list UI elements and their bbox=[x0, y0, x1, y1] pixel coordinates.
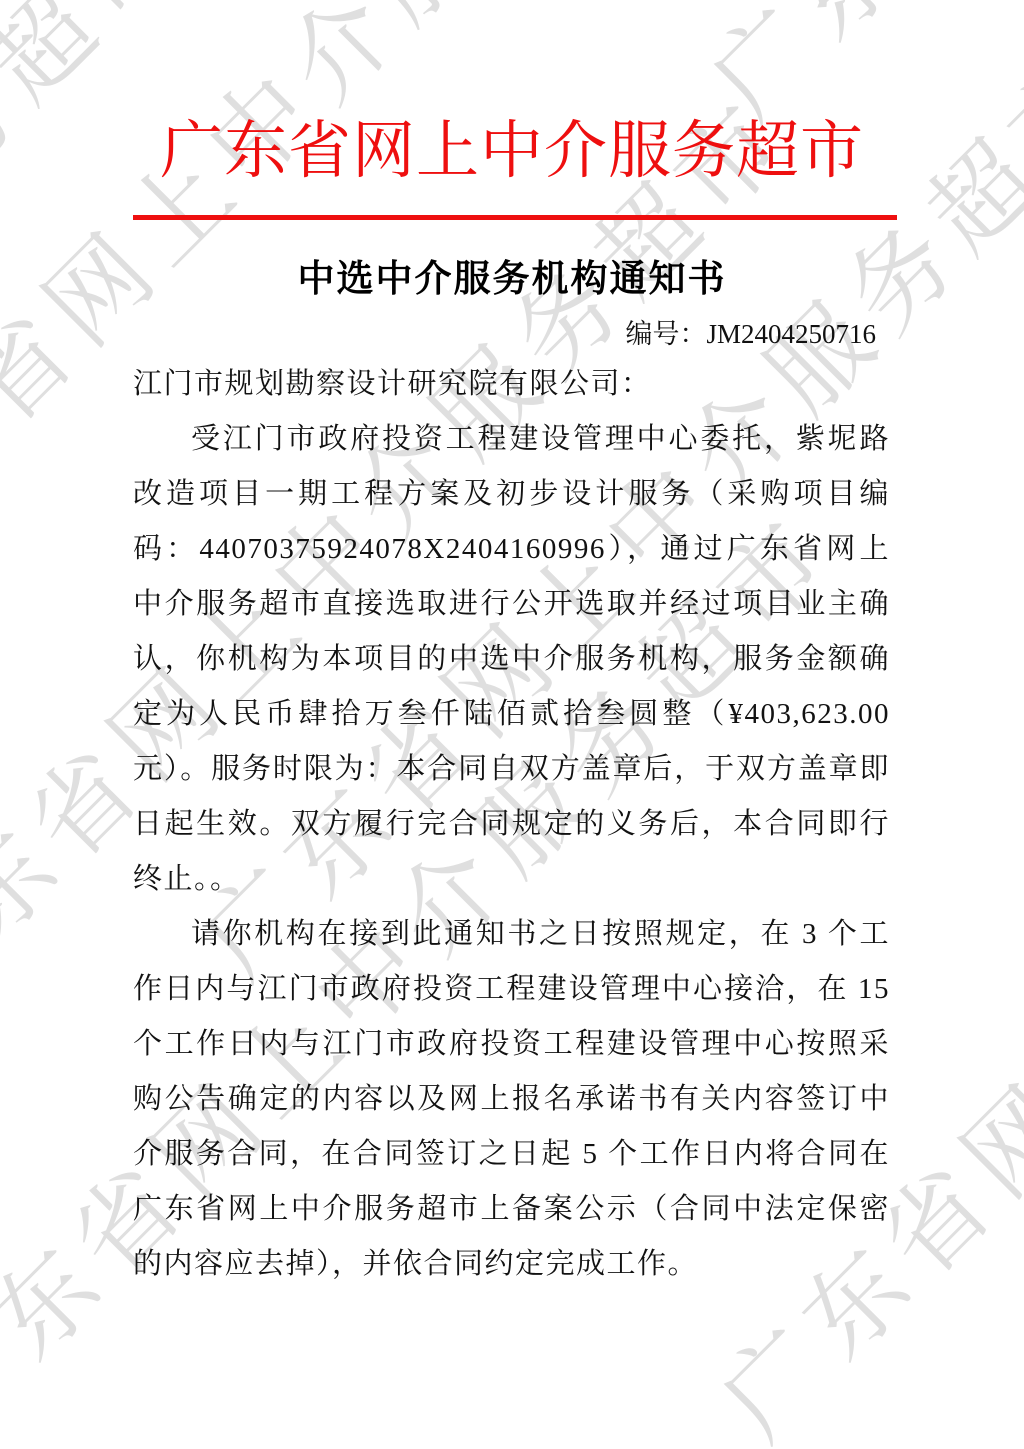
notice-title: 中选中介服务机构通知书 bbox=[0, 248, 1024, 302]
doc-number-value: JM2404250716 bbox=[706, 319, 876, 349]
document-page: 广东省网上中介服务超市 广东省网上中介服务超市 广东省网上中介服务超市 广东省网… bbox=[0, 0, 1024, 1449]
doc-number-label: 编号： bbox=[625, 319, 706, 349]
document-content: 广东省网上中介服务超市 中选中介服务机构通知书 编号：JM2404250716 … bbox=[0, 0, 1024, 1292]
brand-title: 广东省网上中介服务超市 bbox=[0, 0, 1024, 191]
body-paragraph: 请你机构在接到此通知书之日按照规定，在 3 个工作日内与江门市政府投资工程建设管… bbox=[133, 907, 890, 1292]
body-paragraph: 受江门市政府投资工程建设管理中心委托，紫坭路改造项目一期工程方案及初步设计服务（… bbox=[133, 412, 890, 907]
notice-body: 江门市规划勘察设计研究院有限公司： 受江门市政府投资工程建设管理中心委托，紫坭路… bbox=[133, 357, 890, 1292]
doc-number-line: 编号：JM2404250716 bbox=[0, 312, 1024, 351]
salutation: 江门市规划勘察设计研究院有限公司： bbox=[133, 357, 890, 412]
header-divider bbox=[133, 215, 897, 220]
